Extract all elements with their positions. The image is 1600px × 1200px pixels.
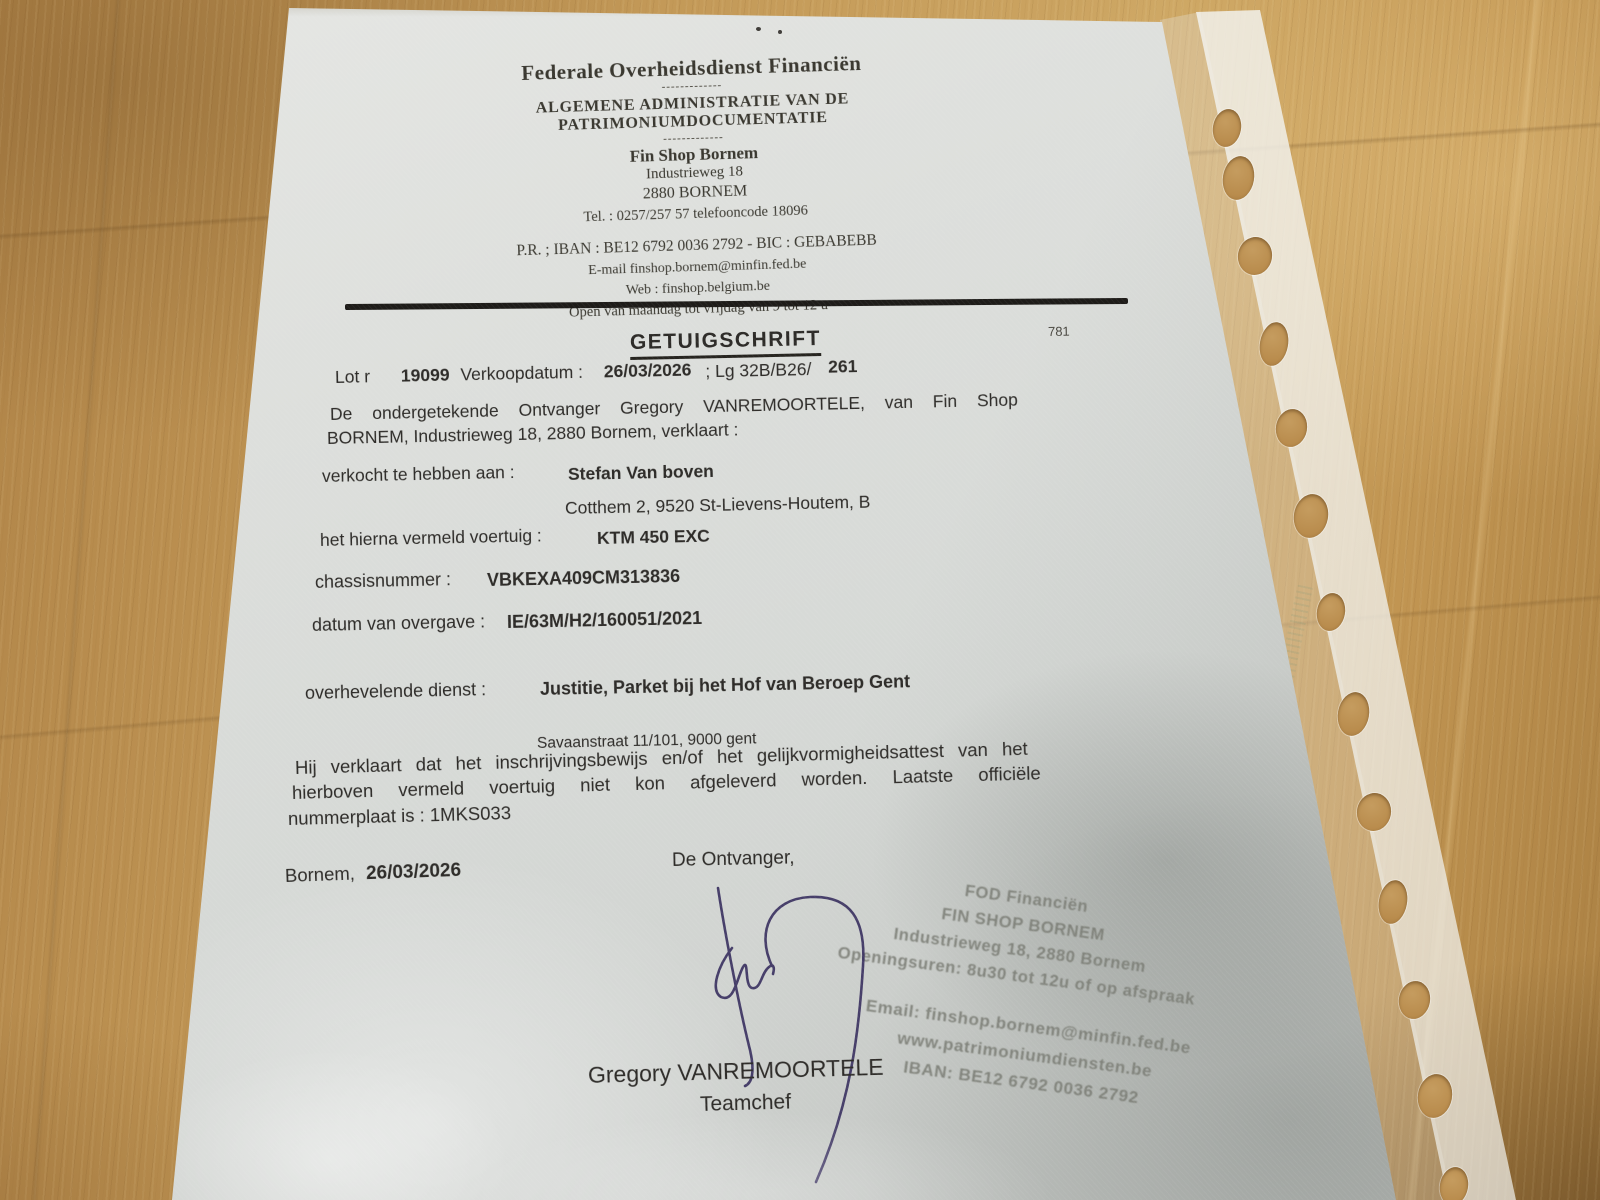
vehicle-label: het hierna vermeld voertuig : (320, 525, 542, 551)
service-label: overhevelende dienst : (305, 679, 487, 704)
lg-label: ; Lg 32B/B26/ (705, 359, 811, 381)
place-label: Bornem, (285, 863, 356, 886)
sign-date: 26/03/2026 (366, 860, 462, 884)
place-date-line: Bornem, 26/03/2026 (285, 859, 462, 888)
service-value: Justitie, Parket bij het Hof van Beroep … (540, 671, 910, 700)
ink-speck (756, 27, 761, 31)
lot-label: Lot r (335, 366, 370, 387)
transfer-value: IE/63M/H2/160051/2021 (507, 608, 703, 633)
vehicle-value: KTM 450 EXC (597, 526, 710, 549)
buyer-address: Cotthem 2, 9520 St-Lievens-Houtem, B (565, 492, 871, 519)
verkoopdatum-value: 26/03/2026 (604, 360, 692, 382)
lot-number: 19099 (401, 365, 450, 386)
ink-speck (778, 30, 782, 34)
page-number: 781 (1048, 324, 1070, 339)
lg-number: 261 (828, 356, 858, 377)
buyer-name: Stefan Van boven (568, 461, 714, 485)
letterhead: Federale Overheidsdienst Financiën -----… (468, 49, 922, 324)
intro-line-1: De ondergetekende Ontvanger Gregory VANR… (330, 390, 1018, 425)
signature-loops (716, 948, 774, 998)
certificate-title: GETUIGSCHRIFT (630, 327, 822, 360)
photo-of-document-on-wood-table: Federale Overheidsdienst Financiën -----… (0, 0, 1600, 1200)
signer-title: Teamchef (700, 1090, 792, 1117)
chassis-value: VBKEXA409CM313836 (487, 566, 681, 591)
sold-to-label: verkocht te hebben aan : (322, 462, 515, 487)
intro-line-2: BORNEM, Industrieweg 18, 2880 Bornem, ve… (327, 419, 739, 449)
transfer-label: datum van overgave : (312, 611, 486, 636)
office-stamp-top: FOD Financiën FIN SHOP BORNEM Industriew… (816, 860, 1226, 1015)
chassis-label: chassisnummer : (315, 569, 451, 593)
signature-long-stroke (718, 888, 752, 1086)
signer-name: Gregory VANREMOORTELE (588, 1054, 884, 1089)
lot-line: Lot r 19099 Verkoopdatum : 26/03/2026 ; … (335, 356, 858, 388)
declaration-line-3: nummerplaat is : 1MKS033 (288, 802, 512, 830)
verkoopdatum-label: Verkoopdatum : (460, 362, 583, 385)
receiver-label: De Ontvanger, (672, 847, 795, 872)
